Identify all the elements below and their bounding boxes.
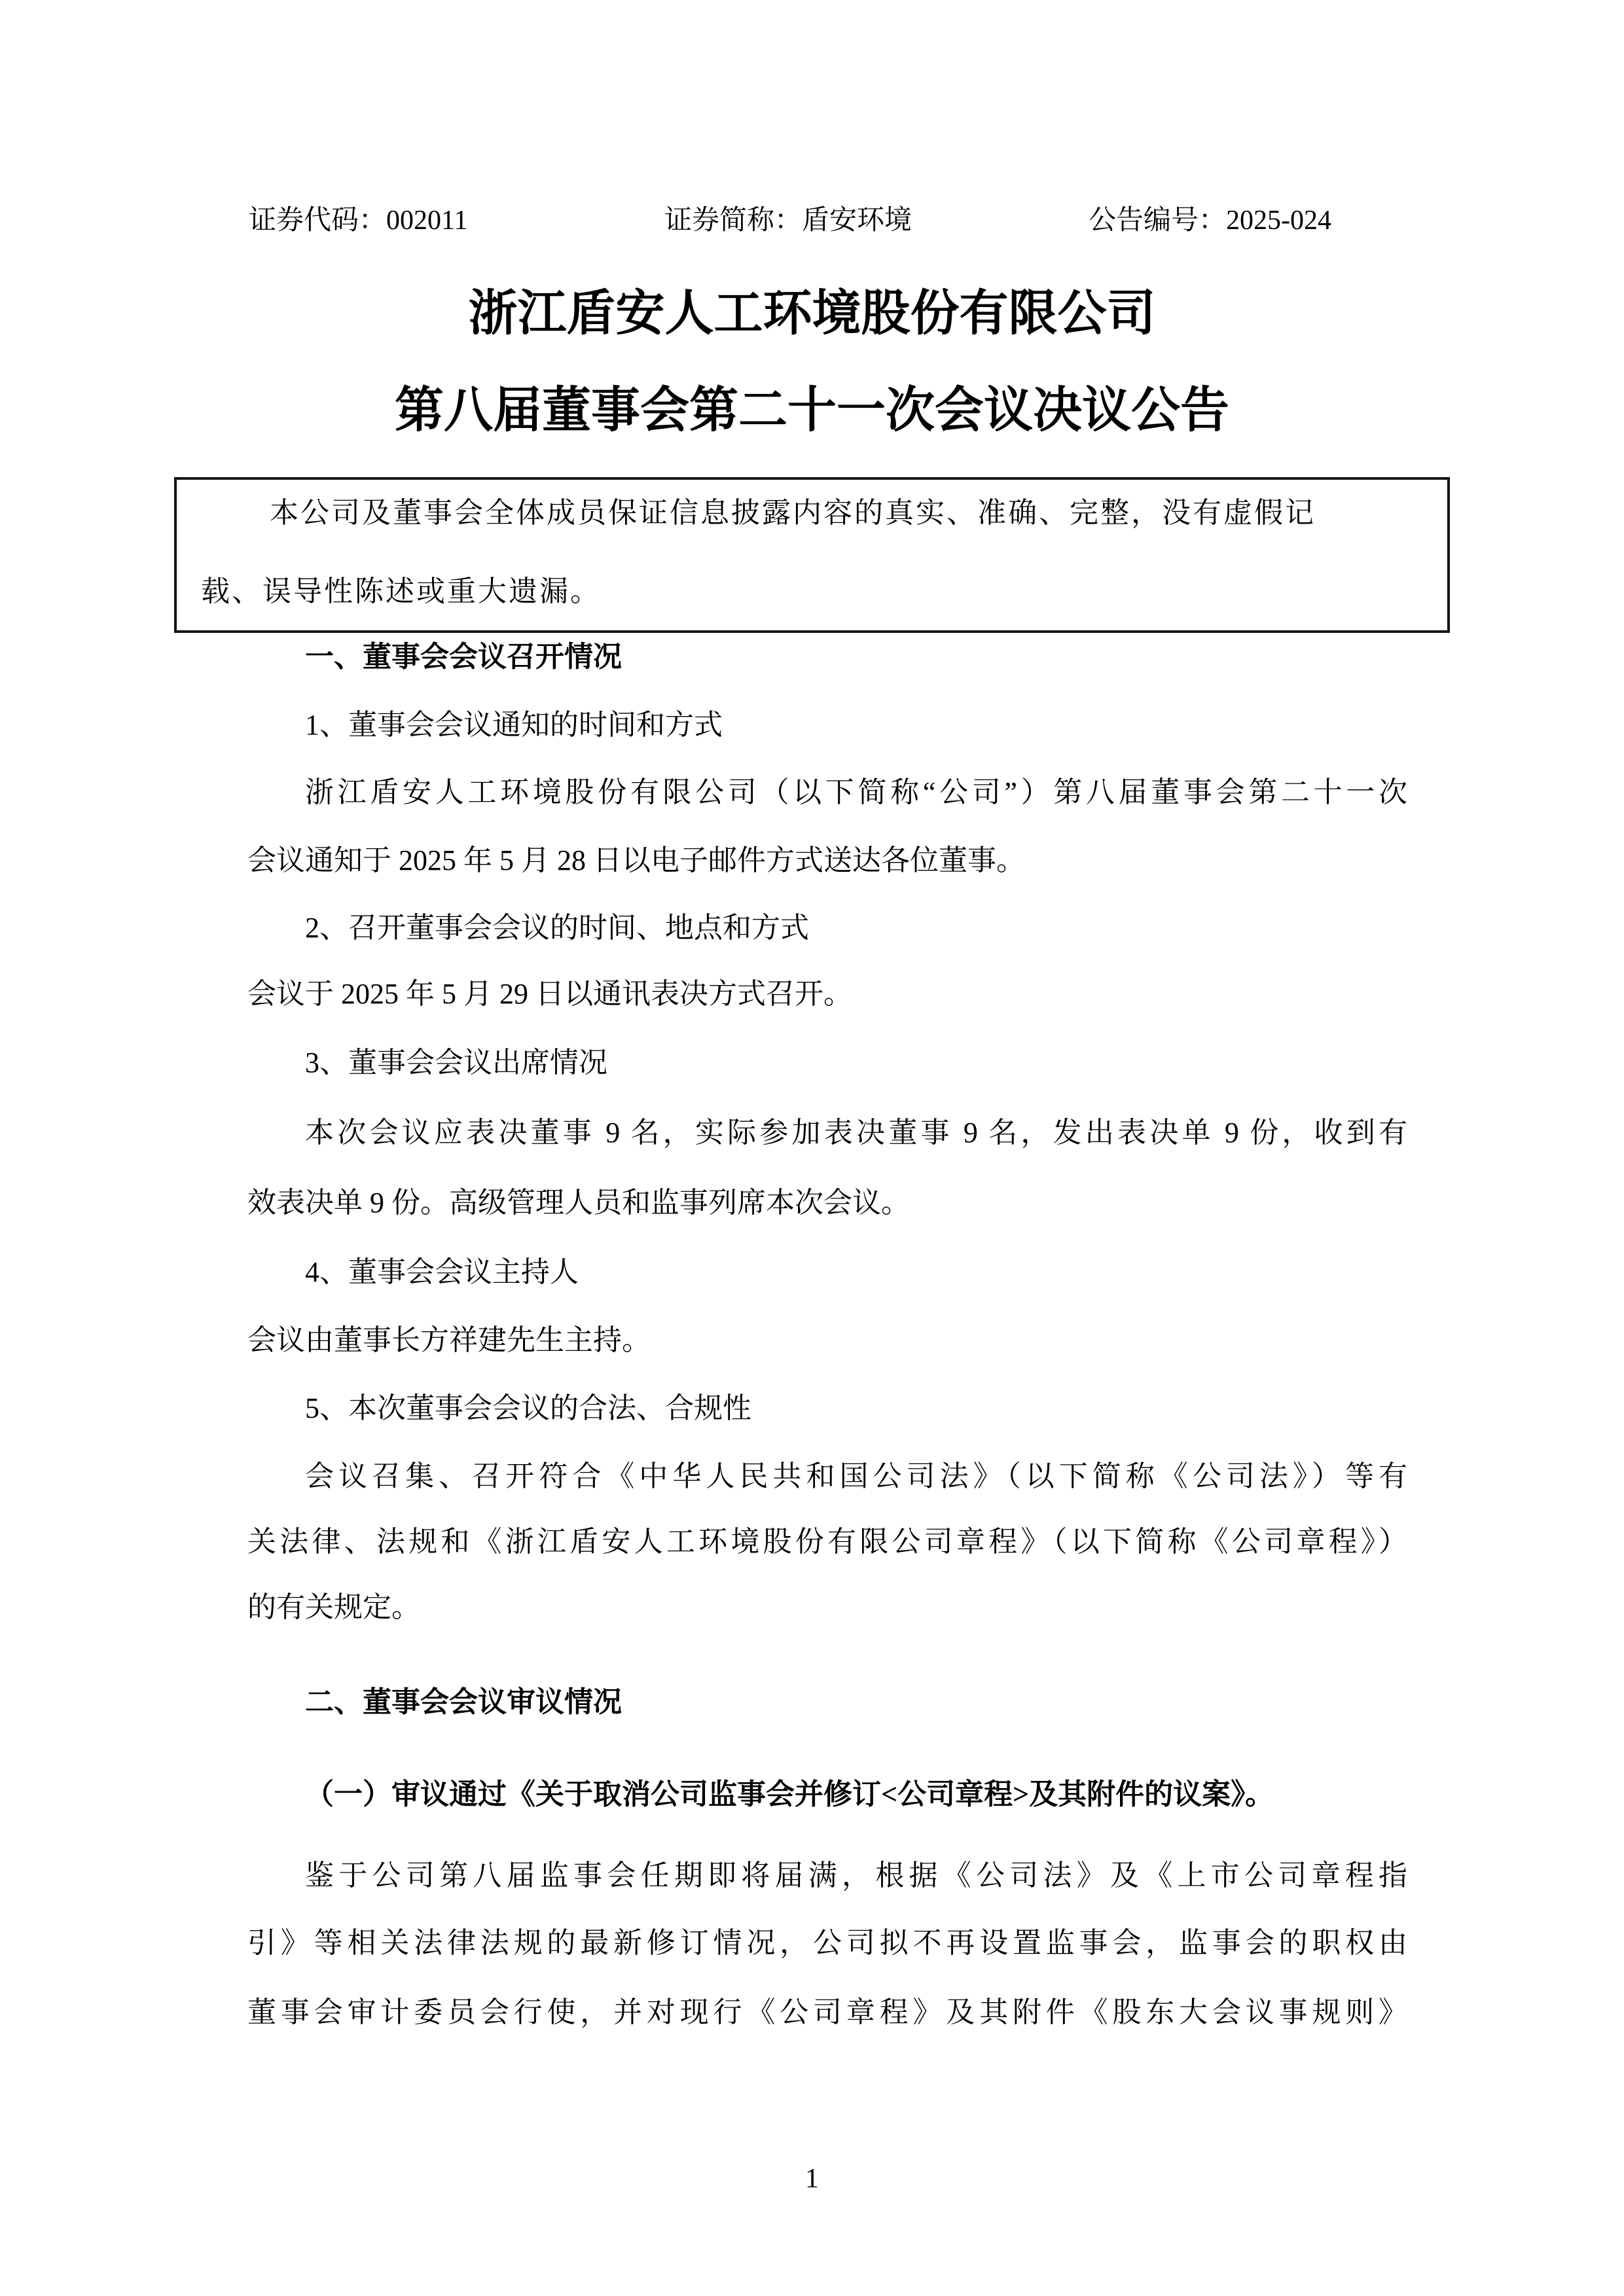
page-number: 1 xyxy=(0,2162,1624,2195)
disclaimer-line: 本公司及董事会全体成员保证信息披露内容的真实、准确、完整，没有虚假记 xyxy=(270,496,1316,530)
resolution-heading: （一）审议通过《关于取消公司监事会并修订<公司章程>及其附件的议案》。 xyxy=(305,1778,1274,1812)
body-line: 会议召集、召开符合《中华人民共和国公司法》（以下简称《公司法》）等有 xyxy=(305,1460,1407,1494)
body-line: 5、本次董事会会议的合法、合规性 xyxy=(305,1391,751,1426)
announcement-page: 证券代码：002011 证券简称：盾安环境 公告编号：2025-024 浙江盾安… xyxy=(0,0,1624,2296)
announcement-title: 第八届董事会第二十一次会议决议公告 xyxy=(0,383,1624,439)
body-line: 关法律、法规和《浙江盾安人工环境股份有限公司章程》（以下简称《公司章程》） xyxy=(247,1525,1407,1559)
body-line: 本次会议应表决董事 9 名，实际参加表决董事 9 名，发出表决单 9 份，收到有 xyxy=(305,1116,1407,1150)
stock-short-name: 证券简称：盾安环境 xyxy=(664,204,912,237)
body-line: 2、召开董事会会议的时间、地点和方式 xyxy=(305,911,809,945)
body-line: 3、董事会会议出席情况 xyxy=(305,1046,607,1080)
body-line: 董事会审计委员会行使，并对现行《公司章程》及其附件《股东大会议事规则》 xyxy=(247,1996,1407,2030)
body-line: 1、董事会会议通知的时间和方式 xyxy=(305,708,723,742)
body-line: 引》等相关法律法规的最新修订情况，公司拟不再设置监事会，监事会的职权由 xyxy=(247,1926,1407,1960)
body-line: 浙江盾安人工环境股份有限公司（以下简称“公司”）第八届董事会第二十一次 xyxy=(305,776,1407,810)
body-line: 4、董事会会议主持人 xyxy=(305,1255,579,1289)
stock-code: 证券代码：002011 xyxy=(249,204,467,237)
body-line: 会议由董事长方祥建先生主持。 xyxy=(247,1323,651,1357)
section-heading: 一、董事会会议召开情况 xyxy=(305,640,622,674)
body-line: 效表决单 9 份。高级管理人员和监事列席本次会议。 xyxy=(247,1186,910,1220)
company-name-title: 浙江盾安人工环境股份有限公司 xyxy=(0,286,1624,342)
body-line: 会议通知于 2025 年 5 月 28 日以电子邮件方式送达各位董事。 xyxy=(247,844,1025,878)
announcement-number: 公告编号：2025-024 xyxy=(1089,204,1331,237)
section-heading: 二、董事会会议审议情况 xyxy=(305,1685,622,1719)
body-line: 鉴于公司第八届监事会任期即将届满，根据《公司法》及《上市公司章程指 xyxy=(305,1859,1407,1893)
disclaimer-line: 载、误导性陈述或重大遗漏。 xyxy=(201,575,601,609)
body-line: 的有关规定。 xyxy=(247,1590,420,1624)
body-line: 会议于 2025 年 5 月 29 日以通讯表决方式召开。 xyxy=(247,977,852,1011)
